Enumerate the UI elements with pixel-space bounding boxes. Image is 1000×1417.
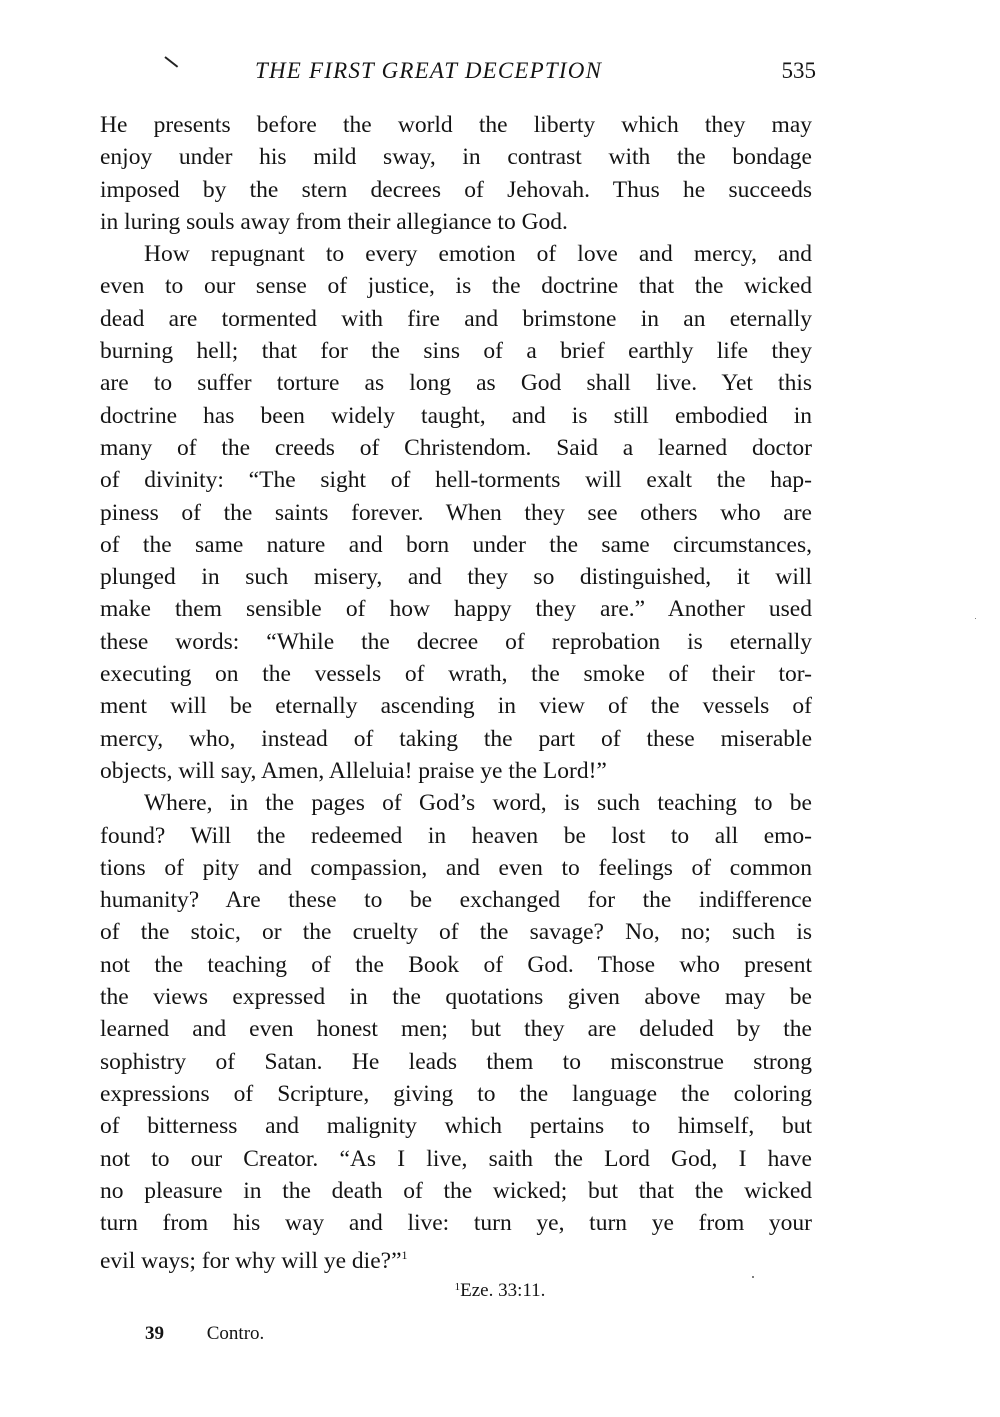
signature-mark: 39 Contro. (145, 1323, 264, 1345)
text-line: enjoy under his mild sway, in contrast w… (100, 141, 812, 173)
text-line: plunged in such misery, and they so dist… (100, 561, 812, 593)
book-page: THE FIRST GREAT DECEPTION 535 He present… (0, 0, 1000, 1417)
footnote-reference: 1 (402, 1248, 408, 1262)
speck (752, 1276, 754, 1278)
text-line-with-footnote-ref: evil ways; for why will ye die?”1 (100, 1239, 812, 1271)
text-line: not the teaching of the Book of God. Tho… (100, 949, 812, 981)
text-line: ment will be eternally ascending in view… (100, 690, 812, 722)
text-line: of divinity: “The sight of hell-torments… (100, 464, 812, 496)
text-line: He presents before the world the liberty… (100, 109, 812, 141)
text-line: learned and even honest men; but they ar… (100, 1013, 812, 1045)
page-number: 535 (782, 58, 817, 84)
footnote-text: Eze. 33:11. (460, 1280, 545, 1301)
text-line: no pleasure in the death of the wicked; … (100, 1175, 812, 1207)
text-line: many of the creeds of Christendom. Said … (100, 432, 812, 464)
text-line: humanity? Are these to be exchanged for … (100, 884, 812, 916)
text-line: found? Will the redeemed in heaven be lo… (100, 820, 812, 852)
text-line: turn from his way and live: turn ye, tur… (100, 1207, 812, 1239)
text-line: doctrine has been widely taught, and is … (100, 400, 812, 432)
text-line: Where, in the pages of God’s word, is su… (100, 787, 812, 819)
text-line: evil ways; for why will ye die?” (100, 1248, 402, 1274)
text-line: burning hell; that for the sins of a bri… (100, 335, 812, 367)
body-text: He presents before the world the liberty… (100, 109, 812, 1272)
running-header: THE FIRST GREAT DECEPTION 535 (100, 58, 816, 90)
speck (975, 618, 976, 619)
text-line: sophistry of Satan. He leads them to mis… (100, 1046, 812, 1078)
signature-number: 39 (145, 1323, 164, 1344)
signature-label: Contro. (207, 1323, 265, 1344)
text-line: are to suffer torture as long as God sha… (100, 367, 812, 399)
text-line: executing on the vessels of wrath, the s… (100, 658, 812, 690)
text-line: objects, will say, Amen, Alleluia! prais… (100, 755, 812, 787)
text-line: of the stoic, or the cruelty of the sava… (100, 916, 812, 948)
text-line: in luring souls away from their allegian… (100, 206, 812, 238)
text-line: of bitterness and malignity which pertai… (100, 1110, 812, 1142)
text-line: imposed by the stern decrees of Jehovah.… (100, 174, 812, 206)
text-line: tions of pity and compassion, and even t… (100, 852, 812, 884)
text-line: piness of the saints forever. When they … (100, 497, 812, 529)
text-line: these words: “While the decree of reprob… (100, 626, 812, 658)
text-line: dead are tormented with fire and brimsto… (100, 303, 812, 335)
text-line: the views expressed in the quotations gi… (100, 981, 812, 1013)
text-line: expressions of Scripture, giving to the … (100, 1078, 812, 1110)
text-line: not to our Creator. “As I live, saith th… (100, 1143, 812, 1175)
text-line: of the same nature and born under the sa… (100, 529, 812, 561)
text-line: mercy, who, instead of taking the part o… (100, 723, 812, 755)
text-line: How repugnant to every emotion of love a… (100, 238, 812, 270)
running-title: THE FIRST GREAT DECEPTION (255, 58, 602, 84)
footnote: 1Eze. 33:11. (0, 1280, 1000, 1302)
text-line: even to our sense of justice, is the doc… (100, 270, 812, 302)
text-line: make them sensible of how happy they are… (100, 593, 812, 625)
